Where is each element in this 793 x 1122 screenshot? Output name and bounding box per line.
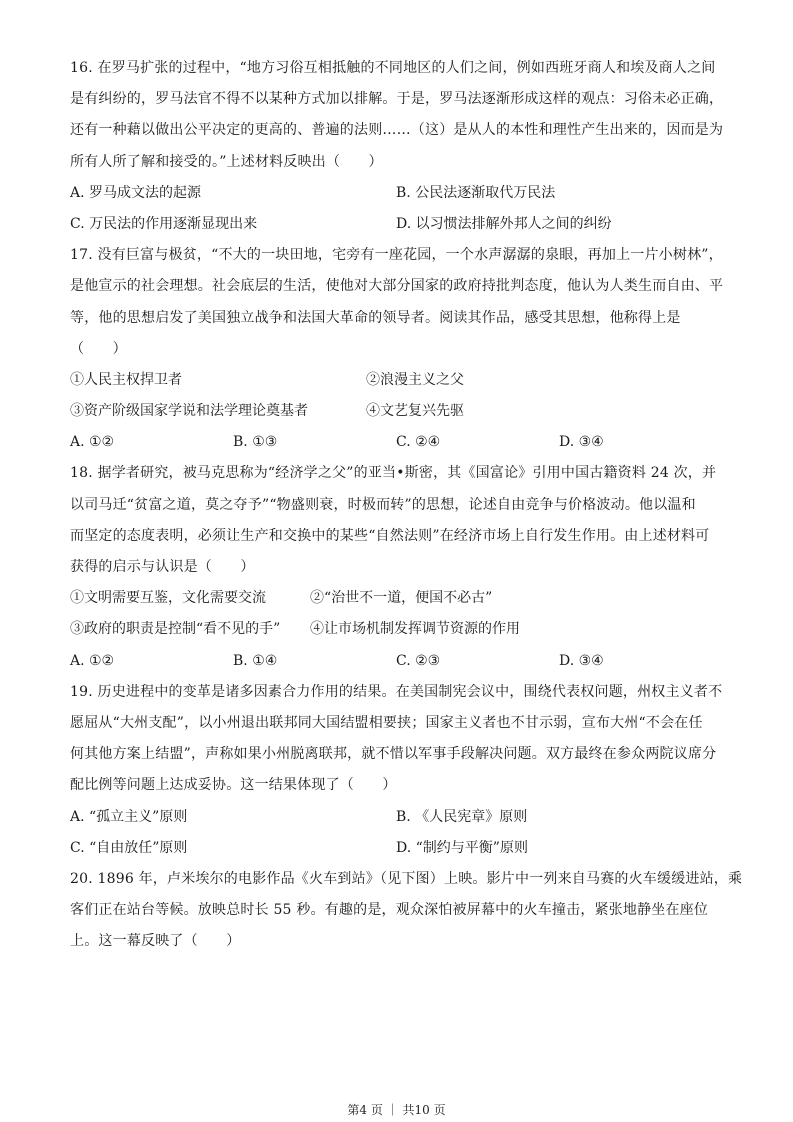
question-stem-line: 16. 在罗马扩张的过程中，“地方习俗互相抵触的不同地区的人们之间，例如西班牙商… (70, 53, 730, 84)
statement-2: ②“治世不一道，便国不必古” (310, 583, 492, 614)
options-row: A. ①② B. ①③ C. ②④ D. ③④ (70, 427, 730, 458)
statement-4: ④文艺复兴先驱 (366, 396, 464, 427)
question-stem-line: 而坚定的态度表明，必须让生产和交换中的某些“自然法则”在经济市场上自行发生作用。… (70, 521, 730, 552)
question-17: 17. 没有巨富与极贫，“不大的一块田地，宅旁有一座花园，一个水声潺潺的泉眼，再… (70, 240, 730, 458)
statement-1: ①人民主权捍卫者 (70, 365, 366, 396)
option-a: A. ①② (70, 427, 233, 458)
question-stem-line: 所有人所了解和接受的。”上述材料反映出（ ） (70, 147, 730, 178)
statement-4: ④让市场机制发挥调节资源的作用 (310, 614, 520, 645)
question-stem-line: 20. 1896 年，卢米埃尔的电影作品《火车到站》（见下图）上映。影片中一列来… (70, 864, 730, 895)
question-19: 19. 历史进程中的变革是诸多因素合力作用的结果。在美国制宪会议中，围绕代表权问… (70, 677, 730, 864)
page-footer: 第4 页 ｜ 共10 页 (0, 1101, 793, 1118)
question-stem-line: 是有纠纷的，罗马法官不得不以某种方式加以排解。于是，罗马法逐渐形成这样的观点：习… (70, 84, 730, 115)
question-stem-line: 配比例等问题上达成妥协。这一结果体现了（ ） (70, 770, 730, 801)
statement-3: ③资产阶级国家学说和法学理论奠基者 (70, 396, 366, 427)
question-stem-line: 愿屈从“大州支配”，以小州退出联邦同大国结盟相要挟；国家主义者也不甘示弱，宣布大… (70, 708, 730, 739)
question-stem-line: 获得的启示与认识是（ ） (70, 552, 730, 583)
exam-page: 16. 在罗马扩张的过程中，“地方习俗互相抵触的不同地区的人们之间，例如西班牙商… (70, 53, 730, 957)
statement-3: ③政府的职责是控制“看不见的手” (70, 614, 310, 645)
question-stem-line: 还有一种藉以做出公平决定的更高的、普遍的法则……（这）是从人的本性和理性产生出来… (70, 115, 730, 146)
option-c: C. ②③ (396, 646, 559, 677)
option-b: B. ①③ (233, 427, 396, 458)
options-row: A. “孤立主义”原则 B. 《人民宪章》原则 (70, 802, 730, 833)
question-stem-line: 18. 据学者研究，被马克思称为“经济学之父”的亚当•斯密，其《国富论》引用中国… (70, 458, 730, 489)
question-18: 18. 据学者研究，被马克思称为“经济学之父”的亚当•斯密，其《国富论》引用中国… (70, 458, 730, 676)
question-stem-line: 上。这一幕反映了（ ） (70, 926, 730, 957)
statements-row: ①人民主权捍卫者 ②浪漫主义之父 (70, 365, 730, 396)
question-stem-line: 17. 没有巨富与极贫，“不大的一块田地，宅旁有一座花园，一个水声潺潺的泉眼，再… (70, 240, 730, 271)
question-stem-line: 是他宣示的社会理想。社会底层的生活，使他对大部分国家的政府持批判态度，他认为人类… (70, 271, 730, 302)
option-c: C. “自由放任”原则 (70, 833, 396, 864)
options-row: A. ①② B. ①④ C. ②③ D. ③④ (70, 646, 730, 677)
question-stem-line: 19. 历史进程中的变革是诸多因素合力作用的结果。在美国制宪会议中，围绕代表权问… (70, 677, 730, 708)
option-b: B. 《人民宪章》原则 (396, 802, 722, 833)
option-b: B. ①④ (233, 646, 396, 677)
option-d: D. ③④ (559, 427, 722, 458)
question-stem-line: 客们正在站台等候。放映总时长 55 秒。有趣的是，观众深怕被屏幕中的火车撞击，紧… (70, 895, 730, 926)
question-20: 20. 1896 年，卢米埃尔的电影作品《火车到站》（见下图）上映。影片中一列来… (70, 864, 730, 958)
option-a: A. 罗马成文法的起源 (70, 178, 396, 209)
option-c: C. ②④ (396, 427, 559, 458)
options-row: C. “自由放任”原则 D. “制约与平衡”原则 (70, 833, 730, 864)
option-d: D. “制约与平衡”原则 (396, 833, 722, 864)
statement-2: ②浪漫主义之父 (366, 365, 464, 396)
option-b: B. 公民法逐渐取代万民法 (396, 178, 722, 209)
option-d: D. 以习惯法排解外邦人之间的纠纷 (396, 209, 722, 240)
question-stem-line: 以司马迁“贫富之道，莫之夺予”“物盛则衰，时极而转”的思想，论述自由竞争与价格波… (70, 490, 730, 521)
statements-row: ③政府的职责是控制“看不见的手” ④让市场机制发挥调节资源的作用 (70, 614, 730, 645)
option-c: C. 万民法的作用逐渐显现出来 (70, 209, 396, 240)
question-stem-line: （ ） (70, 334, 730, 365)
option-a: A. “孤立主义”原则 (70, 802, 396, 833)
options-row: C. 万民法的作用逐渐显现出来 D. 以习惯法排解外邦人之间的纠纷 (70, 209, 730, 240)
option-a: A. ①② (70, 646, 233, 677)
options-row: A. 罗马成文法的起源 B. 公民法逐渐取代万民法 (70, 178, 730, 209)
statements-row: ①文明需要互鉴，文化需要交流 ②“治世不一道，便国不必古” (70, 583, 730, 614)
question-16: 16. 在罗马扩张的过程中，“地方习俗互相抵触的不同地区的人们之间，例如西班牙商… (70, 53, 730, 240)
statement-1: ①文明需要互鉴，文化需要交流 (70, 583, 310, 614)
question-stem-line: 等，他的思想启发了美国独立战争和法国大革命的领导者。阅读其作品，感受其思想，他称… (70, 303, 730, 334)
question-stem-line: 何其他方案上结盟”，声称如果小州脱离联邦，就不惜以军事手段解决问题。双方最终在参… (70, 739, 730, 770)
option-d: D. ③④ (559, 646, 722, 677)
statements-row: ③资产阶级国家学说和法学理论奠基者 ④文艺复兴先驱 (70, 396, 730, 427)
